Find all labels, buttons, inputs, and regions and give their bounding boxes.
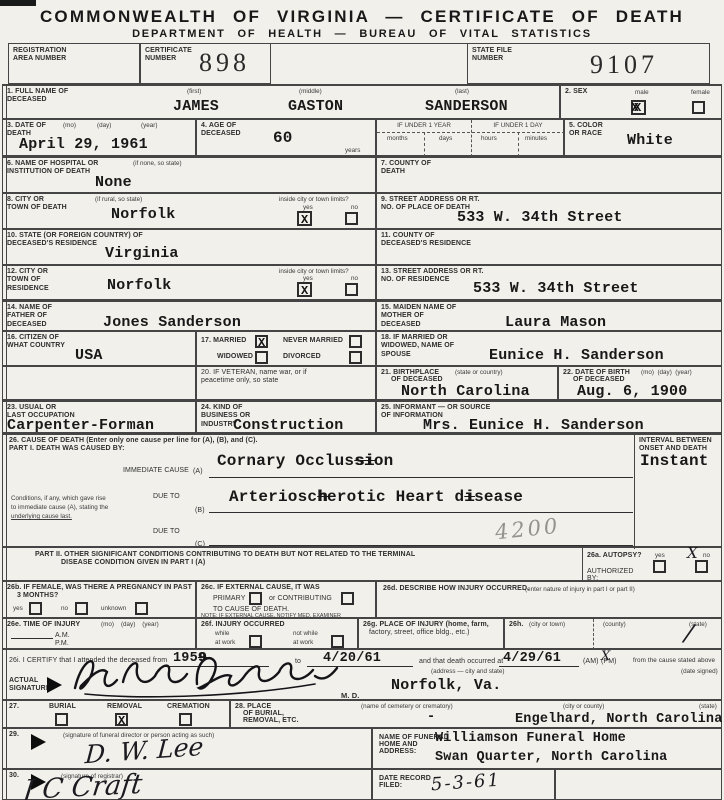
line-a-label: (A)	[193, 468, 203, 476]
pregnancy-cell: 26b. IF FEMALE, WAS THERE A PREGNANCY IN…	[2, 581, 196, 618]
last-label: (last)	[455, 88, 469, 96]
pm-mark: X	[601, 650, 610, 663]
city-of-death-cell: 8. CITY OR TOWN OF DEATH (if rural, so s…	[2, 193, 376, 229]
cremation-checkbox	[179, 713, 192, 726]
first-name-value: JAMES	[173, 99, 219, 114]
father-value: Jones Sanderson	[103, 315, 241, 330]
state-file-value: 9107	[590, 52, 658, 78]
spouse-value: Eunice H. Sanderson	[489, 348, 664, 363]
date-signed-sub-label: (date signed)	[681, 668, 718, 676]
external-cause-cell: 26c. IF EXTERNAL CAUSE, IT WAS PRIMARY o…	[196, 581, 376, 618]
burial-state-sub-label: (state)	[699, 703, 717, 711]
widowed-label: WIDOWED	[217, 353, 253, 361]
date-of-death-cell: 3. DATE OF DEATH (mo) (day) (year) April…	[2, 119, 196, 156]
birthplace-sub: (state or country)	[455, 369, 503, 377]
city-of-death-value: Norfolk	[111, 207, 175, 222]
county-of-death-cell: 7. COUNTY OF DEATH	[376, 156, 722, 193]
marital-cell: 17. MARRIED X NEVER MARRIED WIDOWED DIVO…	[196, 331, 376, 366]
cause-b-mid: erotic Heart d	[327, 488, 464, 506]
color-race-value: White	[627, 133, 673, 148]
veteran-cell: 20. IF VETERAN, name war, or if peacetim…	[196, 366, 376, 400]
business-value: Construction	[233, 418, 343, 433]
mother-value: Laura Mason	[505, 315, 606, 330]
conditions-note-2: to immediate cause (A), stating the	[11, 504, 108, 512]
funeral-home-cell: NAME OF FUNERAL HOME AND ADDRESS: Willia…	[372, 728, 722, 769]
conditions-note-1: Conditions, if any, which gave rise	[11, 495, 106, 503]
burial-checkbox	[55, 713, 68, 726]
never-married-label: NEVER MARRIED	[283, 337, 343, 345]
under-col-3	[518, 132, 519, 157]
injury-city-sub: (city or town)	[529, 621, 565, 629]
autopsy-no-label: no	[703, 552, 710, 560]
contributing-label: or CONTRIBUTING	[269, 595, 332, 603]
at-work-label-1: at work	[215, 639, 235, 647]
spouse-label: 18. IF MARRIED OR WIDOWED, NAME OF SPOUS…	[381, 334, 485, 359]
limits-no-label-2: no	[351, 275, 358, 283]
form-subtitle: DEPARTMENT OF HEALTH — BUREAU OF VITAL S…	[0, 29, 724, 40]
never-married-checkbox	[349, 335, 362, 348]
sex-male-label: male	[635, 89, 649, 97]
date-of-birth-cell: 22. DATE OF BIRTH (mo) (day) (year) OF D…	[558, 366, 722, 400]
first-label: (first)	[187, 88, 201, 96]
cause-part1-label: PART I. DEATH WAS CAUSED BY:	[9, 445, 125, 453]
limits-yes-mark-2: X	[301, 285, 308, 297]
cemetery-value: -	[427, 711, 435, 725]
state-residence-cell: 10. STATE (OR FOREIGN COUNTRY) OF DECEAS…	[2, 229, 376, 265]
autopsy-label: 26a. AUTOPSY?	[587, 552, 642, 560]
minutes-label: minutes	[525, 135, 547, 143]
injury-location-cell: 26h. (city or town) (county) (state) /	[504, 618, 722, 649]
funeral-director-arrow-icon	[31, 734, 46, 750]
while-label: while	[215, 630, 229, 638]
time-of-injury-cell: 26e. TIME OF INJURY (mo) (day) (year) A.…	[2, 618, 196, 649]
sex-cell: 2. SEX male female X	[560, 84, 722, 119]
county-residence-label: 11. COUNTY OF DECEASED'S RESIDENCE	[381, 232, 481, 249]
age-label: 4. AGE OF DECEASED	[201, 122, 247, 139]
injury-state-mark: /	[683, 621, 694, 646]
father-cell: 14. NAME OF FATHER OF DECEASED Jones San…	[2, 300, 376, 331]
months-label: months	[387, 135, 408, 143]
pregnancy-yes-label: yes	[13, 605, 23, 613]
burial-city-sub-label: (city or county)	[563, 703, 604, 711]
funeral-director-cell: 29. (signature of funeral director or pe…	[2, 728, 372, 769]
pencil-annotation: 4200	[494, 516, 561, 544]
removal-checkbox: X	[115, 713, 128, 726]
hospital-cell: 6. NAME OF HOSPITAL OR INSTITUTION OF DE…	[2, 156, 376, 193]
limits-yes-mark-1: X	[301, 214, 308, 226]
birthplace-cell: 21. BIRTHPLACE (state or country) OF DEC…	[376, 366, 558, 400]
cause-b-pre: Arteriosc	[229, 488, 317, 506]
date-record-filed-value: 5-3-61	[430, 772, 501, 795]
informant-cell: 25. INFORMANT — OR SOURCE OF INFORMATION…	[376, 400, 722, 433]
city-of-death-label: 8. CITY OR TOWN OF DEATH	[7, 196, 67, 213]
registrar-signature: J C Craft	[21, 771, 143, 800]
how-injury-label: 26d. DESCRIBE HOW INJURY OCCURRED.	[383, 585, 529, 593]
limits-no-checkbox-1	[345, 212, 358, 225]
limits-label-2: inside city or town limits?	[279, 268, 375, 276]
due-to-label-2: DUE TO	[153, 528, 180, 536]
county-of-death-label: 7. COUNTY OF DEATH	[381, 160, 441, 177]
conditions-note-3: underlying cause last.	[11, 513, 72, 521]
occupation-value: Carpenter-Forman	[7, 418, 154, 433]
city-of-death-sub: (if rural, so state)	[95, 196, 142, 204]
line-b-label: (B)	[195, 507, 205, 515]
injury-occurred-cell: 26f. INJURY OCCURRED while at work not w…	[196, 618, 358, 649]
autopsy-yes-checkbox	[653, 560, 666, 573]
funeral-home-address-value: Swan Quarter, North Carolina	[435, 751, 667, 765]
state-residence-value: Virginia	[105, 246, 179, 261]
funeral-home-name-value: Williamson Funeral Home	[435, 732, 626, 746]
state-file-label: STATE FILE NUMBER	[472, 47, 520, 64]
cemetery-sub-label: (name of cemetery or crematory)	[361, 703, 453, 711]
injury-location-label: 26h.	[509, 621, 523, 629]
mother-label: 15. MAIDEN NAME OF MOTHER OF DECEASED	[381, 304, 461, 329]
part2-text-2: DISEASE CONDITION GIVEN IN PART I (A)	[61, 559, 205, 567]
time-of-injury-label: 26e. TIME OF INJURY	[7, 621, 80, 629]
cause-b-post: sease	[474, 488, 523, 506]
city-residence-value: Norfolk	[107, 278, 171, 293]
burial-label: BURIAL	[49, 703, 76, 711]
cause-a-line	[209, 477, 633, 478]
color-race-label: 5. COLOR OR RACE	[569, 122, 609, 139]
street-of-death-value: 533 W. 34th Street	[457, 210, 623, 225]
injury-county-sub: (county)	[603, 621, 626, 629]
funeral-director-signature: D. W. Lee	[84, 734, 204, 767]
citizen-value: USA	[75, 348, 103, 363]
burial-city-value: Engelhard, North Carolina	[515, 713, 723, 727]
middle-label: (middle)	[299, 88, 322, 96]
date-record-filed-cell: DATE RECORD FILED: 5-3-61	[372, 769, 555, 800]
sex-male-mark: X	[634, 102, 641, 114]
under-year-label: IF UNDER 1 YEAR	[377, 122, 471, 130]
business-cell: 24. KIND OF BUSINESS OR INDUSTRY Constru…	[196, 400, 376, 433]
cause-a-value: Cornary Occlussion	[217, 453, 393, 469]
city-residence-label: 12. CITY OR TOWN OF RESIDENCE	[7, 268, 67, 293]
days-label: days	[439, 135, 452, 143]
street-of-death-cell: 9. STREET ADDRESS OR RT. NO. OF PLACE OF…	[376, 193, 722, 229]
immediate-cause-label: IMMEDIATE CAUSE	[123, 467, 189, 475]
header-rule	[271, 43, 467, 44]
scan-artifact	[0, 0, 36, 6]
interval-value: Instant	[640, 453, 709, 469]
sex-female-label: female	[691, 89, 710, 97]
full-name-label: 1. FULL NAME OF DECEASED	[7, 88, 69, 105]
place-of-burial-cell: 28. PLACE OF BURIAL, REMOVAL, ETC. (name…	[230, 700, 722, 728]
certificate-number-value: 898	[199, 50, 250, 76]
hospital-sub: (if none, so state)	[133, 160, 182, 168]
middle-name-value: GASTON	[288, 99, 343, 114]
death-date-value: 4/29/61	[503, 652, 561, 666]
date-record-label-2: FILED:	[379, 782, 402, 790]
certifying-physician-signature	[65, 650, 343, 702]
hours-label: hours	[481, 135, 497, 143]
limits-yes-checkbox-1: X	[297, 211, 312, 226]
state-file-box: STATE FILE NUMBER 9107	[467, 43, 710, 84]
injury-occurred-label: 26f. INJURY OCCURRED	[201, 621, 285, 629]
year-label: (year)	[141, 122, 157, 130]
not-while-at-work-checkbox	[331, 635, 344, 648]
cause-b-line	[209, 512, 633, 513]
cause-a-pre: Cornary Occlus	[217, 452, 354, 470]
place-of-injury-cell: 26g. PLACE OF INJURY (home, farm, factor…	[358, 618, 504, 649]
cremation-label: CREMATION	[167, 703, 210, 711]
occurred-text: and that death occurred at	[419, 658, 503, 666]
date-of-birth-value: Aug. 6, 1900	[577, 384, 687, 399]
limits-label-1: inside city or town limits?	[279, 196, 375, 204]
birthplace-value: North Carolina	[401, 384, 530, 399]
citizen-cell: 16. CITIZEN OF WHAT COUNTRY USA	[2, 331, 196, 366]
autopsy-divider	[582, 548, 583, 582]
injury-col-divider	[593, 619, 594, 650]
signature-arrow-icon	[47, 677, 62, 693]
signature-word-label: SIGNATURE	[9, 685, 51, 693]
autopsy-yes-label: yes	[655, 552, 665, 560]
primary-checkbox	[249, 592, 262, 605]
cause-above-text: from the cause stated above	[633, 657, 723, 665]
cause-b-struck2: i	[464, 488, 474, 506]
cause-a-post: on	[374, 452, 394, 470]
married-checkbox: X	[255, 335, 268, 348]
funeral-home-label-3: ADDRESS:	[379, 748, 416, 756]
part2-cell: PART II. OTHER SIGNIFICANT CONDITIONS CO…	[2, 547, 722, 581]
limits-no-checkbox-2	[345, 283, 358, 296]
city-residence-cell: 12. CITY OR TOWN OF RESIDENCE Norfolk in…	[2, 265, 376, 300]
spouse-cell: 18. IF MARRIED OR WIDOWED, NAME OF SPOUS…	[376, 331, 722, 366]
am-paren-label: (AM)	[583, 658, 599, 666]
blank-cell-19	[2, 366, 196, 400]
place-of-injury-label-2: factory, street, office bldg., etc.)	[369, 629, 470, 637]
due-to-label-1: DUE TO	[153, 493, 180, 501]
removal-mark: X	[118, 715, 125, 727]
registration-area-label: REGISTRATION AREA NUMBER	[13, 47, 75, 64]
married-mark: X	[258, 337, 265, 349]
pregnancy-no-checkbox	[75, 602, 88, 615]
time-of-injury-sub: (mo) (day) (year)	[101, 621, 159, 629]
how-injury-cell: 26d. DESCRIBE HOW INJURY OCCURRED. (ente…	[376, 581, 722, 618]
citizen-label: 16. CITIZEN OF WHAT COUNTRY	[7, 334, 77, 351]
mo-label: (mo)	[63, 122, 76, 130]
street-residence-value: 533 W. 34th Street	[473, 281, 639, 296]
full-name-cell: 1. FULL NAME OF DECEASED (first) (middle…	[2, 84, 560, 119]
under-col-1	[424, 132, 425, 157]
md-label: M. D.	[341, 691, 359, 700]
father-label: 14. NAME OF FATHER OF DECEASED	[7, 304, 77, 329]
certification-cell: 26i. I CERTIFY that I attended the decea…	[2, 649, 722, 700]
under-day-label: IF UNDER 1 DAY	[471, 122, 565, 130]
hospital-value: None	[95, 175, 132, 190]
registration-area-box: REGISTRATION AREA NUMBER	[8, 43, 140, 84]
age-value: 60	[273, 130, 293, 146]
age-cell: 4. AGE OF DECEASED 60 years	[196, 119, 376, 156]
cause-of-death-cell: 26. CAUSE OF DEATH (Enter only one cause…	[2, 433, 722, 547]
sex-female-checkbox	[692, 101, 705, 114]
divorced-checkbox	[349, 351, 362, 364]
day-label: (day)	[97, 122, 111, 130]
certificate-number-box: CERTIFICATE NUMBER 898	[140, 43, 271, 84]
pregnancy-yes-checkbox	[29, 602, 42, 615]
not-while-label: not while	[293, 630, 318, 638]
county-residence-cell: 11. COUNTY OF DECEASED'S RESIDENCE	[376, 229, 722, 265]
disposition-number: 27.	[9, 703, 19, 711]
registrar-number: 30.	[9, 772, 19, 780]
cause-b-struck1: h	[317, 488, 327, 506]
limits-no-label-1: no	[351, 204, 358, 212]
how-injury-sub: (enter nature of injury in part I or par…	[525, 586, 635, 594]
last-name-value: SANDERSON	[425, 99, 508, 114]
limits-yes-checkbox-2: X	[297, 282, 312, 297]
place-of-burial-label-3: REMOVAL, ETC.	[243, 717, 299, 725]
disposition-cell: 27. BURIAL REMOVAL X CREMATION	[2, 700, 230, 728]
pm-label: P.M.	[55, 640, 69, 648]
form-title: COMMONWEALTH OF VIRGINIA — CERTIFICATE O…	[0, 8, 724, 25]
age-unit-label: years	[345, 147, 360, 155]
primary-label: PRIMARY	[213, 595, 245, 603]
registrar-cell: 30. (signature of registrar) J C Craft	[2, 769, 372, 800]
certifier-address-value: Norfolk, Va.	[391, 678, 501, 693]
under-one-cell: IF UNDER 1 YEAR IF UNDER 1 DAY months da…	[376, 119, 564, 156]
divorced-label: DIVORCED	[283, 353, 321, 361]
street-residence-cell: 13. STREET ADDRESS OR RT. NO. OF RESIDEN…	[376, 265, 722, 300]
pregnancy-unknown-checkbox	[135, 602, 148, 615]
occupation-cell: 23. USUAL OR LAST OCCUPATION Carpenter-F…	[2, 400, 196, 433]
mother-cell: 15. MAIDEN NAME OF MOTHER OF DECEASED La…	[376, 300, 722, 331]
contributing-checkbox	[341, 592, 354, 605]
informant-value: Mrs. Eunice H. Sanderson	[423, 418, 644, 433]
under-col-2	[471, 120, 472, 157]
certificate-number-label: CERTIFICATE NUMBER	[145, 47, 195, 64]
autopsy-no-mark: X	[687, 546, 698, 561]
veteran-label: 20. IF VETERAN, name war, or if peacetim…	[201, 369, 331, 386]
at-work-label-2: at work	[293, 639, 313, 647]
while-at-work-checkbox	[249, 635, 262, 648]
pregnancy-label-2: 3 MONTHS?	[17, 592, 58, 600]
address-sub-label: (address — city and state)	[431, 668, 505, 676]
pregnancy-no-label: no	[61, 605, 68, 613]
time-blank-line	[11, 638, 53, 639]
widowed-checkbox	[255, 351, 268, 364]
date-of-birth-sub: (mo) (day) (year)	[641, 369, 692, 377]
interval-divider	[634, 435, 635, 549]
cause-c-line	[209, 545, 633, 546]
death-certificate-scan: COMMONWEALTH OF VIRGINIA — CERTIFICATE O…	[0, 0, 724, 800]
date-of-death-value: April 29, 1961	[19, 137, 148, 152]
color-race-cell: 5. COLOR OR RACE White	[564, 119, 722, 156]
cause-b-value: Arterioscherotic Heart disease	[229, 489, 523, 505]
funeral-director-number: 29.	[9, 731, 19, 739]
sex-label: 2. SEX	[565, 88, 587, 96]
cause-a-struck: si	[354, 452, 374, 470]
empty-bottom-cell	[555, 769, 722, 800]
removal-label: REMOVAL	[107, 703, 142, 711]
death-date-line	[499, 666, 579, 667]
married-label: 17. MARRIED	[201, 337, 246, 345]
pregnancy-unknown-label: unknown	[101, 605, 126, 613]
sex-male-checkbox: X	[631, 100, 646, 115]
